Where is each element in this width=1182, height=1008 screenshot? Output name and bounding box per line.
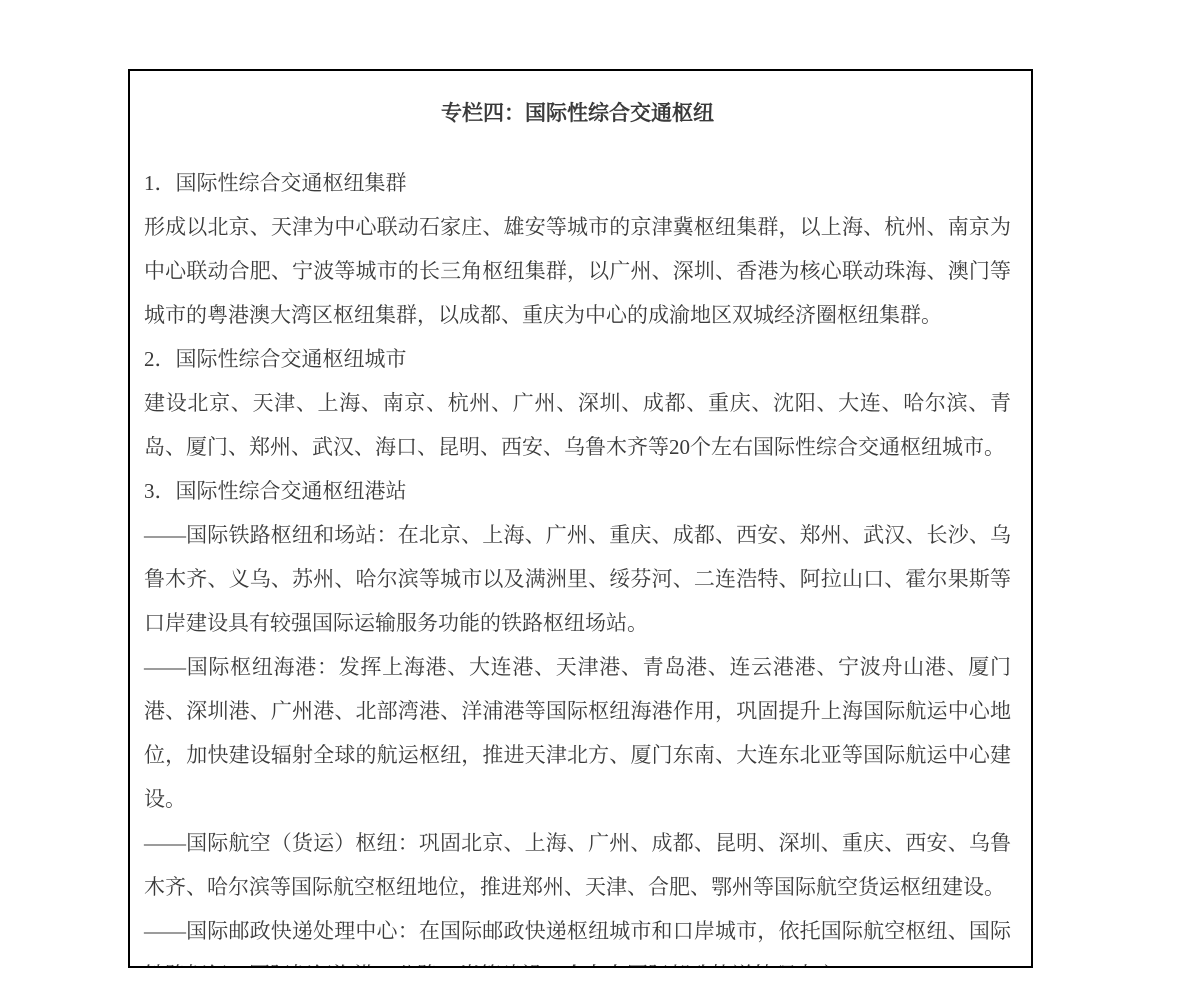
paragraph-hub-clusters: 形成以北京、天津为中心联动石家庄、雄安等城市的京津冀枢纽集群，以上海、杭州、南京… [144, 205, 1011, 337]
box-title: 专栏四：国际性综合交通枢纽 [144, 101, 1011, 125]
paragraph-air-cargo-hubs: ——国际航空（货运）枢纽：巩固北京、上海、广州、成都、昆明、深圳、重庆、西安、乌… [144, 821, 1011, 909]
paragraph-sea-ports: ——国际枢纽海港：发挥上海港、大连港、天津港、青岛港、连云港港、宁波舟山港、厦门… [144, 645, 1011, 821]
column-box: 专栏四：国际性综合交通枢纽 1．国际性综合交通枢纽集群 形成以北京、天津为中心联… [128, 69, 1033, 968]
paragraph-rail-hubs: ——国际铁路枢纽和场站：在北京、上海、广州、重庆、成都、西安、郑州、武汉、长沙、… [144, 513, 1011, 645]
section-heading-1: 1．国际性综合交通枢纽集群 [144, 161, 1011, 205]
paragraph-postal-centers: ——国际邮政快递处理中心：在国际邮政快递枢纽城市和口岸城市，依托国际航空枢纽、国… [144, 909, 1011, 968]
paragraph-hub-cities: 建设北京、天津、上海、南京、杭州、广州、深圳、成都、重庆、沈阳、大连、哈尔滨、青… [144, 381, 1011, 469]
section-heading-2: 2．国际性综合交通枢纽城市 [144, 337, 1011, 381]
section-heading-3: 3．国际性综合交通枢纽港站 [144, 469, 1011, 513]
